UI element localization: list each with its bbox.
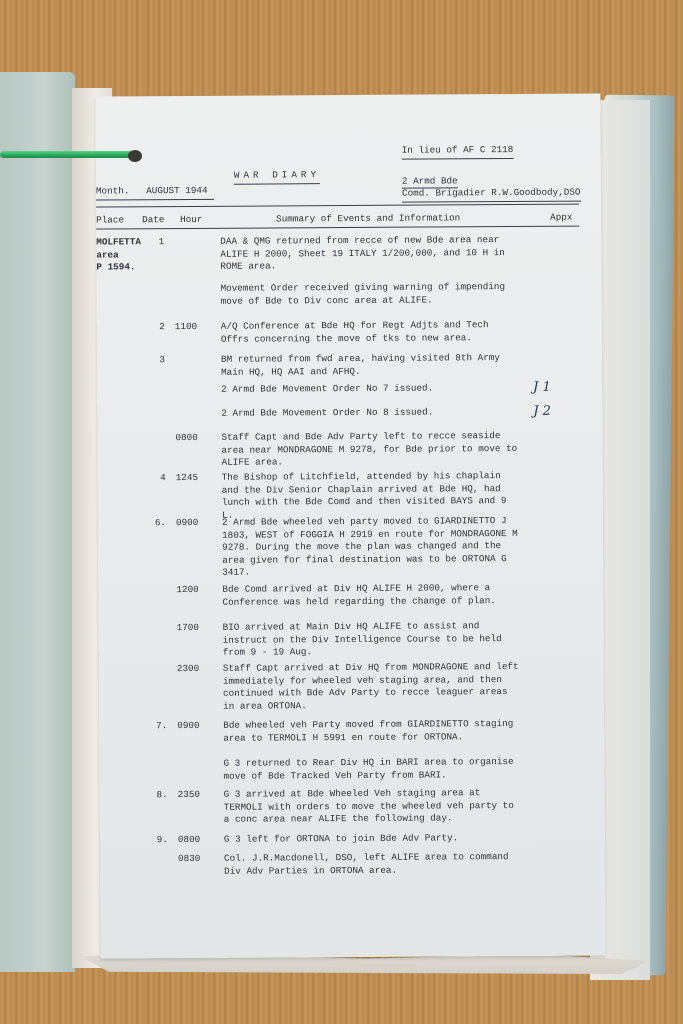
header-rule: [96, 204, 579, 208]
entry-summary: 2 Armd Bde Movement Order No 8 issued.: [221, 406, 521, 420]
month-label: Month.: [96, 185, 130, 196]
month-field: Month. AUGUST 1944: [96, 185, 214, 200]
entry-summary: Movement Order received giving warning o…: [221, 281, 521, 308]
folder-cover: [0, 72, 75, 972]
entry-date: 7.: [147, 720, 167, 733]
entry-hour: 0900: [177, 720, 217, 733]
entry-summary: 2 Armd Bde wheeled veh party moved to GI…: [222, 515, 522, 579]
form-reference: In lieu of AF C 2118: [402, 144, 514, 159]
entry-summary: The Bishop of Litchfield, attended by hi…: [222, 470, 522, 522]
col-appx: Appx: [550, 212, 572, 225]
diary-entry: 21100A/Q Conference at Bde HQ for Regt A…: [97, 318, 602, 321]
entry-summary: Staff Capt and Bde Adv Party left to rec…: [221, 430, 521, 469]
col-summary: Summary of Events and Information: [276, 212, 460, 226]
diary-entry: 0800Staff Capt and Bde Adv Party left to…: [97, 429, 602, 432]
entry-summary: G 3 arrived at Bde Wheeled Veh staging a…: [224, 787, 524, 826]
entry-summary: Bde Comd arrived at Div HQ ALIFE H 2000,…: [222, 582, 522, 609]
col-place: Place: [96, 214, 124, 227]
diary-entry: 2 Armd Bde Movement Order No 7 issued.J …: [97, 381, 602, 384]
diary-entry: 2300Staff Capt arrived at Div HQ from MO…: [99, 660, 604, 663]
entry-summary: 2 Armd Bde Movement Order No 7 issued.: [221, 382, 521, 396]
entry-hour: 0830: [178, 853, 218, 866]
entry-date: 2: [145, 321, 165, 334]
column-headers: Place Date Hour Summary of Events and In…: [96, 212, 579, 215]
entry-hour: 0900: [176, 517, 216, 530]
entry-hour: 1100: [175, 321, 215, 334]
entry-summary: Bde wheeled veh Party moved from GIARDIN…: [223, 718, 523, 745]
column-rule: [96, 226, 579, 230]
entry-summary: Staff Capt arrived at Div HQ from MONDRA…: [223, 661, 523, 713]
entry-hour: 0800: [175, 432, 215, 445]
entry-date: 9.: [148, 834, 168, 847]
entry-summary: G 3 returned to Rear Div HQ in BARI area…: [223, 756, 523, 783]
entry-summary: A/Q Conference at Bde HQ for Regt Adjts …: [221, 319, 521, 346]
treasury-tag-string: [0, 151, 138, 158]
diary-entry: 2 Armd Bde Movement Order No 8 issued.J …: [97, 405, 602, 408]
entry-summary: BIO arrived at Main Div HQ ALIFE to assi…: [223, 620, 523, 659]
entry-hour: 0800: [178, 834, 218, 847]
diary-entry: 1200Bde Comd arrived at Div HQ ALIFE H 2…: [98, 581, 603, 584]
entry-hour: 2350: [178, 789, 218, 802]
diary-entry: 1700BIO arrived at Main Div HQ ALIFE to …: [99, 619, 604, 622]
entry-date: 1: [144, 236, 164, 249]
entry-appendix: J 2: [533, 406, 551, 419]
diary-entry: 8.2350G 3 arrived at Bde Wheeled Veh sta…: [100, 786, 605, 789]
entry-hour: 1200: [176, 584, 216, 597]
col-date: Date: [142, 214, 164, 227]
entry-summary: DAA & QMG returned from recce of new Bde…: [220, 234, 520, 273]
entry-summary: G 3 left for ORTONA to join Bde Adv Part…: [224, 832, 524, 846]
entry-appendix: J 1: [533, 382, 551, 395]
diary-entry: 0830Col. J.R.Macdonell, DSO, left ALIFE …: [100, 850, 605, 853]
diary-entry: 9.0800G 3 left for ORTONA to join Bde Ad…: [100, 831, 605, 834]
entry-date: 4: [146, 472, 166, 485]
entry-hour: 1700: [177, 622, 217, 635]
entry-summary: Col. J.R.Macdonell, DSO, left ALIFE area…: [224, 851, 524, 878]
entry-date: 3: [145, 354, 165, 367]
commander: Comd. Brigadier R.W.Goodbody,DSO: [402, 187, 581, 203]
diary-entry: 41245The Bishop of Litchfield, attended …: [98, 469, 603, 472]
entry-summary: BM returned from fwd area, having visite…: [221, 352, 521, 379]
entry-hour: 2300: [177, 663, 217, 676]
war-diary-document: In lieu of AF C 2118 WAR DIARY 2 Armd Bd…: [95, 93, 605, 956]
diary-entry: 7.0900Bde wheeled veh Party moved from G…: [99, 717, 604, 720]
unit-name: 2 Armd Bde: [402, 175, 458, 188]
document-title: WAR DIARY: [234, 169, 320, 184]
entry-date: 8.: [148, 789, 168, 802]
entry-hour: 1245: [176, 472, 216, 485]
entry-date: 6.: [146, 517, 166, 530]
diary-entry: MOLFETTA area P 1594.1DAA & QMG returned…: [96, 233, 601, 236]
punch-hole: [128, 150, 142, 162]
diary-entries: MOLFETTA area P 1594.1DAA & QMG returned…: [95, 93, 600, 96]
diary-entry: Movement Order received giving warning o…: [97, 280, 602, 283]
col-hour: Hour: [180, 214, 202, 227]
diary-entry: G 3 returned to Rear Div HQ in BARI area…: [99, 755, 604, 758]
month-value: AUGUST 1944: [146, 185, 207, 196]
diary-entry: 3BM returned from fwd area, having visit…: [97, 351, 602, 354]
